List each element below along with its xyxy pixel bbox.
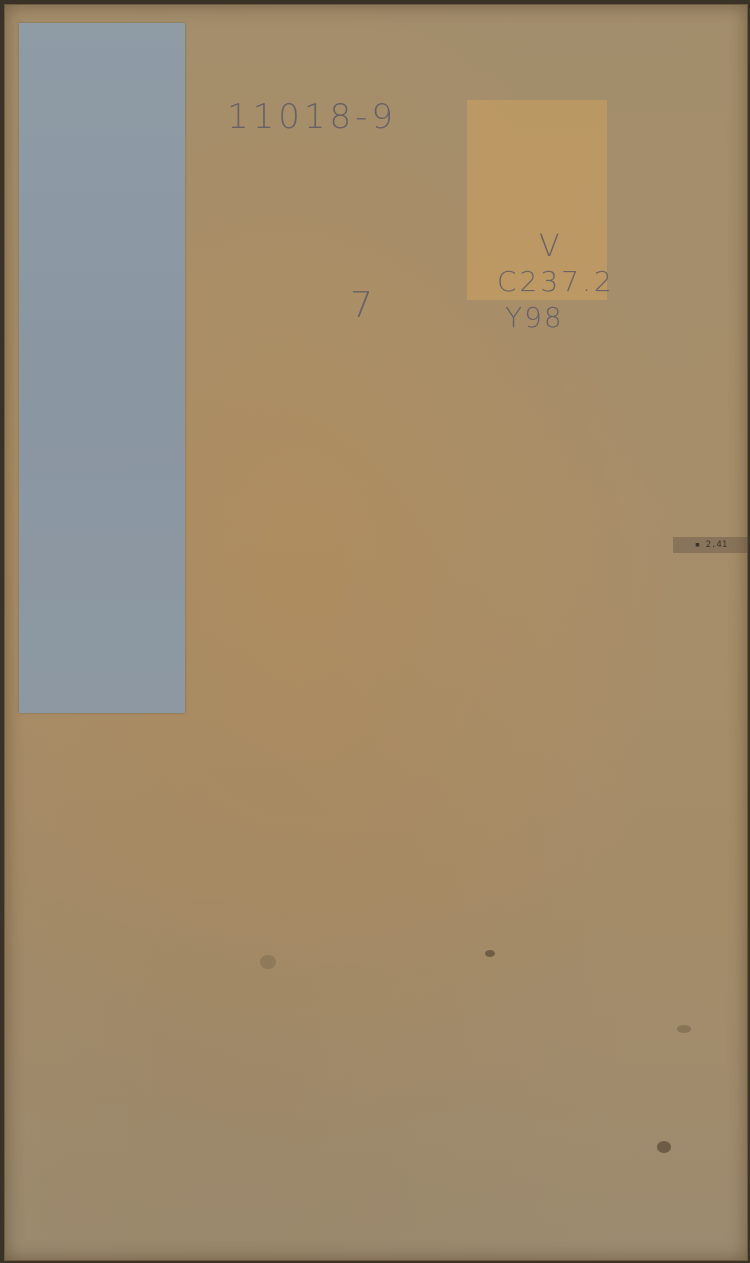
stain-spot [485, 950, 495, 957]
inventory-number: 11018-9 [227, 97, 397, 137]
call-number-line-1: V [539, 229, 560, 264]
book-cover: 11018-9 V C237.2 Y98 7 ▪ 2.41 [4, 4, 748, 1261]
stain-spot [260, 955, 276, 969]
stain-spot [657, 1141, 671, 1153]
volume-mark: 7 [350, 285, 373, 326]
call-number-line-3: Y98 [505, 301, 564, 334]
title-slip [19, 23, 185, 713]
call-number-line-2: C237.2 [497, 265, 615, 298]
stain-spot [677, 1025, 691, 1033]
library-stamp: ▪ 2.41 [673, 537, 749, 553]
